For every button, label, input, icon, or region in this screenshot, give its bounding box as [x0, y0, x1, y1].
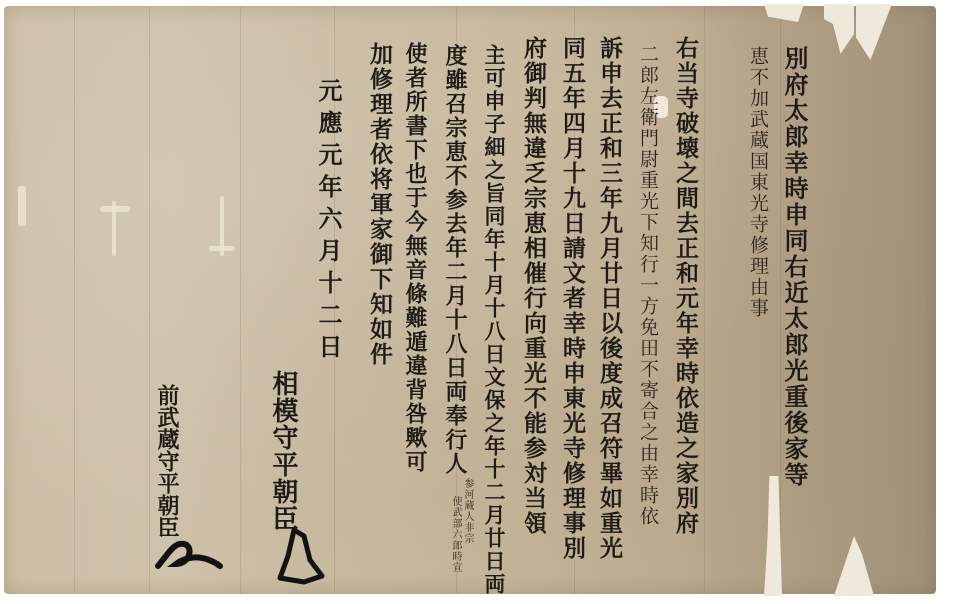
interlinear-note-2: 使武部六郎時宣	[450, 496, 460, 573]
date-line: 元應元年六月十二日	[316, 78, 340, 366]
paper-damage	[112, 201, 116, 256]
paper-damage	[764, 4, 804, 22]
fold-line	[149, 6, 150, 594]
text-column-9: 度雖召宗恵不参去年二月十八日両奉行人	[444, 44, 466, 476]
text-column-5: 訴申去正和三年九月廿日以後度成召符畢如重光	[598, 36, 621, 561]
text-column-2: 恵不加武蔵国東光寺修理由事	[748, 46, 767, 319]
text-column-3: 右当寺破壊之間去正和元年幸時依造之家別府	[674, 36, 697, 536]
kao-icon	[154, 534, 224, 574]
text-column-1: 別府太郎幸時申同右近太郎光重後家等	[782, 46, 806, 488]
paper-damage	[834, 536, 874, 596]
paper-document: 別府太郎幸時申同右近太郎光重後家等 恵不加武蔵国東光寺修理由事 右当寺破壊之間去…	[4, 6, 936, 594]
paper-damage	[856, 4, 892, 60]
signature-former-musashi-no-kami: 前武蔵守平朝臣	[156, 384, 178, 538]
paper-damage	[824, 4, 854, 54]
interlinear-note-1: 参河蔵人非宗	[462, 478, 472, 544]
text-column-11: 加修理者依将軍家御下知如件	[368, 42, 391, 367]
paper-damage	[209, 246, 235, 251]
text-column-7: 府御判無違乏宗恵相催行向重光不能参対当領	[522, 36, 545, 536]
paper-damage	[18, 186, 26, 226]
kao-seal-mark	[154, 534, 224, 578]
text-column-8: 主可申子細之旨同年十月十八日文保之年十二月廿日両	[484, 44, 505, 596]
kao-seal-mark	[274, 526, 328, 596]
fold-line	[74, 6, 75, 594]
text-column-6: 同五年四月十九日請文者幸時申東光寺修理事別	[561, 36, 584, 561]
signature-sagami-no-kami: 相模守平朝臣	[270, 370, 296, 532]
fold-line	[704, 6, 705, 594]
kao-icon	[274, 526, 328, 586]
text-column-4: 二郎左衛門尉重光下知行一方免田不寄合之由幸時依	[638, 44, 657, 527]
document-viewer: 別府太郎幸時申同右近太郎光重後家等 恵不加武蔵国東光寺修理由事 右当寺破壊之間去…	[0, 0, 960, 604]
text-column-10: 使者所書下也于今無音條難遁違背咎歟可	[404, 42, 426, 474]
fold-line	[240, 6, 241, 594]
